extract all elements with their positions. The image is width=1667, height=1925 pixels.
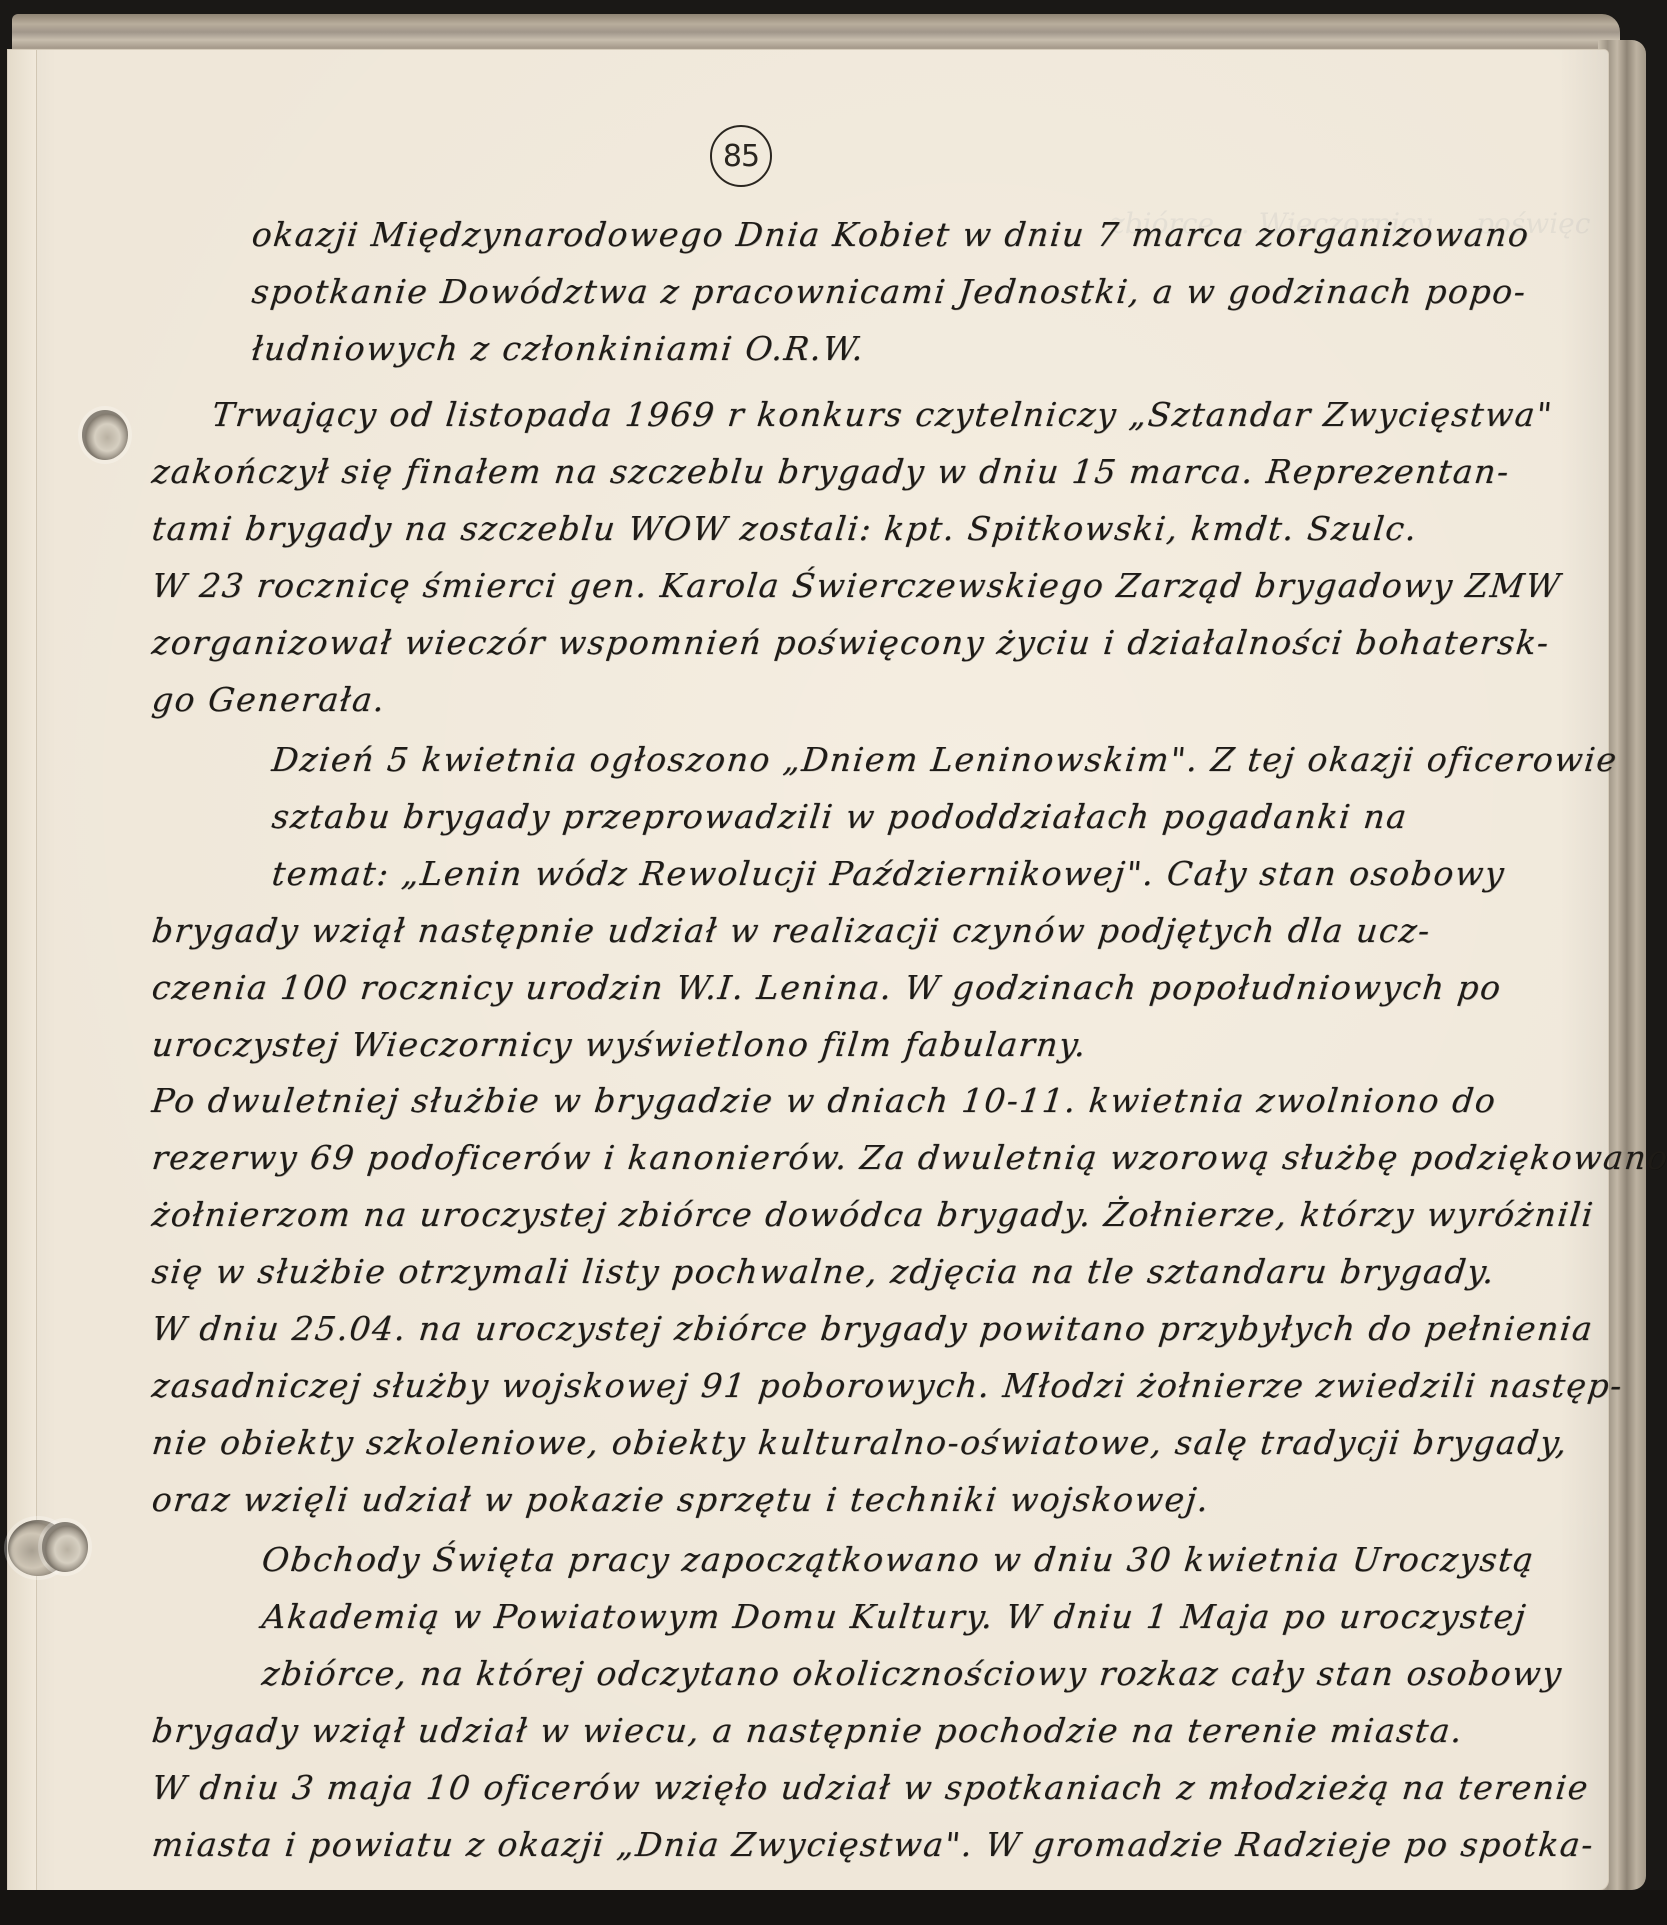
page-number: 85 xyxy=(723,139,759,174)
page-number-circle: 85 xyxy=(710,125,772,187)
handwritten-line: temat: „Lenin wódz Rewolucji Październik… xyxy=(270,854,1507,893)
handwritten-line: czenia 100 rocznicy urodzin W.I. Lenina.… xyxy=(150,968,1504,1007)
handwritten-line: tami brygady na szczeblu WOW zostali: kp… xyxy=(150,509,1420,548)
handwritten-line: oraz wzięli udział w pokazie sprzętu i t… xyxy=(150,1480,1212,1519)
handwritten-line: Po dwuletniej służbie w brygadzie w dnia… xyxy=(150,1081,1499,1120)
handwritten-line: zorganizował wieczór wspomnień poświęcon… xyxy=(150,623,1552,662)
handwritten-line: Dzień 5 kwietnia ogłoszono „Dniem Lenino… xyxy=(270,740,1620,779)
page-gutter xyxy=(10,50,37,1890)
handwritten-line: okazji Międzynarodowego Dnia Kobiet w dn… xyxy=(250,215,1532,254)
handwritten-line: rezerwy 69 podoficerów i kanonierów. Za … xyxy=(150,1138,1667,1177)
handwritten-line: W dniu 25.04. na uroczystej zbiórce bryg… xyxy=(150,1309,1596,1348)
handwritten-line: W dniu 3 maja 10 oficerów wzięło udział … xyxy=(150,1768,1591,1807)
handwritten-line: brygady wziął udział w wiecu, a następni… xyxy=(150,1711,1465,1750)
handwritten-line: żołnierzom na uroczystej zbiórce dowódca… xyxy=(150,1195,1596,1234)
page-stack-top-edge xyxy=(12,14,1620,54)
handwritten-line: brygady wziął następnie udział w realiza… xyxy=(150,911,1433,950)
handwritten-line: W 23 rocznicę śmierci gen. Karola Świerc… xyxy=(150,566,1563,605)
handwritten-line: sztabu brygady przeprowadzili w pododdzi… xyxy=(270,797,1410,836)
handwritten-line: Obchody Święta pracy zapoczątkowano w dn… xyxy=(260,1540,1537,1579)
handwritten-line: zbiórce, na której odczytano okolicznośc… xyxy=(260,1654,1565,1693)
handwritten-line: miasta i powiatu z okazji „Dnia Zwycięst… xyxy=(150,1825,1596,1864)
handwritten-line: go Generała. xyxy=(150,680,388,719)
handwritten-line: Trwający od listopada 1969 r konkurs czy… xyxy=(210,395,1555,434)
handwritten-line: łudniowych z członkiniami O.R.W. xyxy=(250,329,867,368)
binder-hole-icon xyxy=(42,1522,88,1572)
handwritten-line: nie obiekty szkoleniowe, obiekty kultura… xyxy=(150,1423,1570,1462)
handwritten-line: uroczystej Wieczornicy wyświetlono film … xyxy=(150,1025,1089,1064)
handwritten-line: Akademią w Powiatowym Domu Kultury. W dn… xyxy=(260,1597,1529,1636)
handwritten-line: spotkanie Dowództwa z pracownicami Jedno… xyxy=(250,272,1529,311)
scan-bottom-edge xyxy=(0,1890,1667,1925)
handwritten-line: zasadniczej służby wojskowej 91 poborowy… xyxy=(150,1366,1625,1405)
handwritten-line: się w służbie otrzymali listy pochwalne,… xyxy=(150,1252,1497,1291)
handwritten-line: zakończył się finałem na szczeblu brygad… xyxy=(150,452,1512,491)
binder-hole-icon xyxy=(82,410,128,460)
